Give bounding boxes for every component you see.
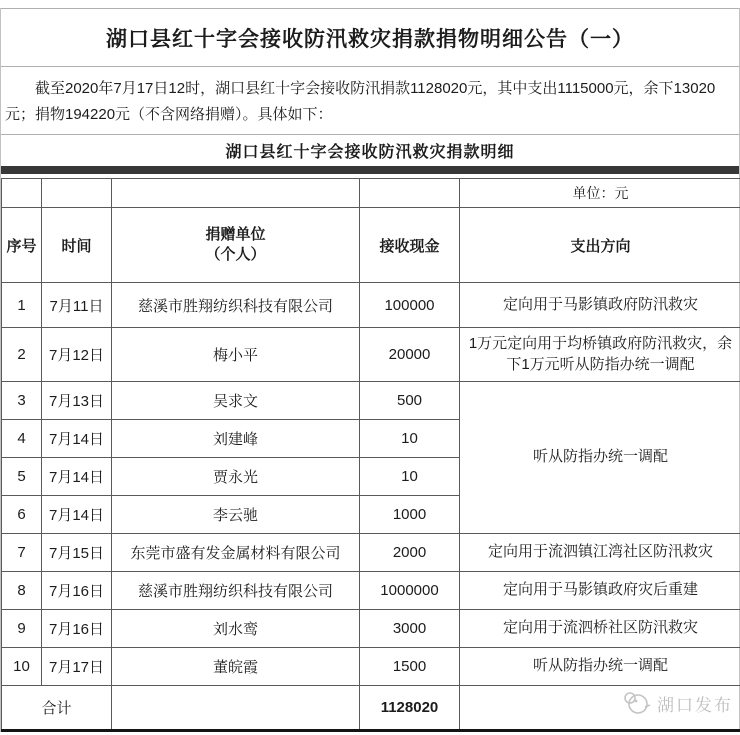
cell-no: 9 xyxy=(2,610,42,648)
cell-direction: 1万元定向用于均桥镇政府防汛救灾，余下1万元听从防指办统一调配 xyxy=(460,328,740,382)
table-row: 7 7月15日 东莞市盛有发金属材料有限公司 2000 定向用于流泗镇江湾社区防… xyxy=(2,534,740,572)
empty-cell xyxy=(42,179,112,208)
cell-no: 2 xyxy=(2,328,42,382)
cell-donor: 李云驰 xyxy=(112,496,360,534)
title-section: 湖口县红十字会接收防汛救灾捐款捐物明细公告（一） xyxy=(1,8,739,67)
cell-date: 7月14日 xyxy=(42,496,112,534)
cell-cash: 1500 xyxy=(360,648,460,686)
cell-donor: 吴求文 xyxy=(112,382,360,420)
hukou-fabu-mascot-icon xyxy=(621,690,651,716)
table-header-row: 序号 时间 捐赠单位 （个人） 接收现金 支出方向 xyxy=(2,208,740,283)
cell-no: 8 xyxy=(2,572,42,610)
watermark: 湖口发布 xyxy=(621,690,733,716)
table-row: 9 7月16日 刘水鸾 3000 定向用于流泗桥社区防汛救灾 xyxy=(2,610,740,648)
dark-divider-band xyxy=(1,166,739,174)
cell-cash: 10 xyxy=(360,458,460,496)
table-row: 2 7月12日 梅小平 20000 1万元定向用于均桥镇政府防汛救灾，余下1万元… xyxy=(2,328,740,382)
announcement-page: 湖口县红十字会接收防汛救灾捐款捐物明细公告（一） 截至2020年7月17日12时… xyxy=(0,0,740,735)
donation-table: 单位：元 序号 时间 捐赠单位 （个人） 接收现金 支出方向 1 7月11日 慈… xyxy=(1,178,740,732)
cell-cash: 1000 xyxy=(360,496,460,534)
cell-date: 7月13日 xyxy=(42,382,112,420)
cell-cash: 500 xyxy=(360,382,460,420)
announcement-sheet: 湖口县红十字会接收防汛救灾捐款捐物明细公告（一） 截至2020年7月17日12时… xyxy=(0,8,740,732)
table-subtitle: 湖口县红十字会接收防汛救灾捐款明细 xyxy=(225,139,514,162)
intro-section: 截至2020年7月17日12时，湖口县红十字会接收防汛捐款1128020元，其中… xyxy=(1,67,739,135)
header-no: 序号 xyxy=(2,208,42,283)
total-direction-cell: 湖口发布 xyxy=(460,686,740,731)
cell-donor: 刘水鸾 xyxy=(112,610,360,648)
header-cash: 接收现金 xyxy=(360,208,460,283)
cell-date: 7月11日 xyxy=(42,283,112,328)
cell-date: 7月15日 xyxy=(42,534,112,572)
cell-donor: 贾永光 xyxy=(112,458,360,496)
cell-donor: 东莞市盛有发金属材料有限公司 xyxy=(112,534,360,572)
cell-direction: 定向用于马影镇政府灾后重建 xyxy=(460,572,740,610)
cell-date: 7月14日 xyxy=(42,420,112,458)
total-row: 合计 1128020 湖口发布 xyxy=(2,686,740,731)
cell-donor: 刘建峰 xyxy=(112,420,360,458)
cell-cash: 20000 xyxy=(360,328,460,382)
empty-cell xyxy=(2,179,42,208)
watermark-label: 湖口发布 xyxy=(657,691,733,716)
cell-donor: 慈溪市胜翔纺织科技有限公司 xyxy=(112,283,360,328)
table-row: 8 7月16日 慈溪市胜翔纺织科技有限公司 1000000 定向用于马影镇政府灾… xyxy=(2,572,740,610)
cell-no: 6 xyxy=(2,496,42,534)
cell-direction: 定向用于流泗镇江湾社区防汛救灾 xyxy=(460,534,740,572)
total-cash: 1128020 xyxy=(360,686,460,731)
cell-cash: 1000000 xyxy=(360,572,460,610)
cell-date: 7月14日 xyxy=(42,458,112,496)
cell-no: 10 xyxy=(2,648,42,686)
cell-direction-merged: 听从防指办统一调配 xyxy=(460,382,740,534)
empty-cell xyxy=(112,686,360,731)
empty-cell xyxy=(112,179,360,208)
cell-no: 3 xyxy=(2,382,42,420)
empty-cell xyxy=(360,179,460,208)
table-row: 10 7月17日 董皖霞 1500 听从防指办统一调配 xyxy=(2,648,740,686)
unit-note: 单位：元 xyxy=(460,179,740,208)
unit-note-row: 单位：元 xyxy=(2,179,740,208)
cell-no: 5 xyxy=(2,458,42,496)
cell-cash: 10 xyxy=(360,420,460,458)
cell-no: 4 xyxy=(2,420,42,458)
cell-direction: 定向用于流泗桥社区防汛救灾 xyxy=(460,610,740,648)
subtitle-section: 湖口县红十字会接收防汛救灾捐款明细 xyxy=(1,135,739,166)
cell-donor: 董皖霞 xyxy=(112,648,360,686)
header-date: 时间 xyxy=(42,208,112,283)
cell-date: 7月17日 xyxy=(42,648,112,686)
header-direction: 支出方向 xyxy=(460,208,740,283)
cell-direction: 定向用于马影镇政府防汛救灾 xyxy=(460,283,740,328)
cell-cash: 100000 xyxy=(360,283,460,328)
total-label: 合计 xyxy=(2,686,112,731)
cell-date: 7月16日 xyxy=(42,572,112,610)
intro-paragraph: 截至2020年7月17日12时，湖口县红十字会接收防汛捐款1128020元，其中… xyxy=(5,80,715,123)
cell-no: 7 xyxy=(2,534,42,572)
page-title: 湖口县红十字会接收防汛救灾捐款捐物明细公告（一） xyxy=(106,23,634,53)
cell-date: 7月12日 xyxy=(42,328,112,382)
table-row: 3 7月13日 吴求文 500 听从防指办统一调配 xyxy=(2,382,740,420)
cell-donor: 慈溪市胜翔纺织科技有限公司 xyxy=(112,572,360,610)
table-row: 1 7月11日 慈溪市胜翔纺织科技有限公司 100000 定向用于马影镇政府防汛… xyxy=(2,283,740,328)
cell-cash: 3000 xyxy=(360,610,460,648)
cell-donor: 梅小平 xyxy=(112,328,360,382)
cell-cash: 2000 xyxy=(360,534,460,572)
cell-direction: 听从防指办统一调配 xyxy=(460,648,740,686)
header-donor: 捐赠单位 （个人） xyxy=(112,208,360,283)
cell-date: 7月16日 xyxy=(42,610,112,648)
cell-no: 1 xyxy=(2,283,42,328)
